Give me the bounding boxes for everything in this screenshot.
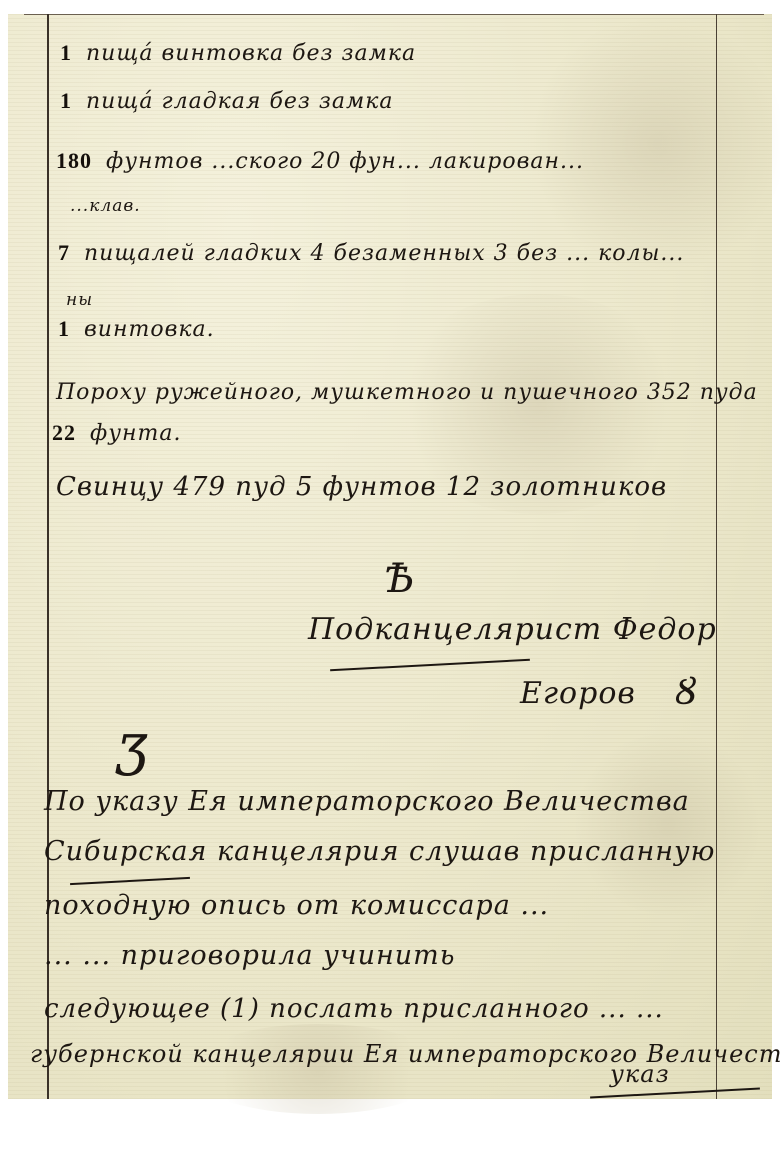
top-rule xyxy=(24,14,764,15)
line-text: фунта. xyxy=(90,421,181,446)
inventory-line: ны xyxy=(66,290,93,310)
line-text: Свинцу 479 пуд 5 фунтов 12 золотников xyxy=(56,472,667,502)
endorsement-line: ... ... приговорила учинить xyxy=(44,940,455,971)
inventory-line: 22фунта. xyxy=(52,420,181,446)
signature-name: Егоров xyxy=(520,676,636,711)
paper-stain xyxy=(528,14,780,274)
inventory-line: Пороху ружейного, мушкетного и пушечного… xyxy=(56,380,758,405)
endorsement-line: Сибирская канцелярия слушав присланную xyxy=(44,836,715,867)
inventory-line: 180фунтов ...ского 20 фун... лакирован..… xyxy=(56,148,584,174)
signature-title: Подканцелярист Федор xyxy=(308,612,717,647)
line-text: ны xyxy=(66,290,93,310)
line-text: пищалей гладких 4 безаменных 3 без ... к… xyxy=(84,241,684,266)
paper-stain xyxy=(188,1024,448,1114)
inventory-line: Свинцу 479 пуд 5 фунтов 12 золотников xyxy=(56,472,667,502)
inventory-line: 1пища́ гладкая без замка xyxy=(60,88,394,114)
line-number: 1 xyxy=(58,316,70,341)
line-text: Пороху ружейного, мушкетного и пушечного… xyxy=(56,380,758,405)
line-number: 1 xyxy=(60,40,72,65)
line-text: ...клав. xyxy=(70,196,141,216)
line-text: винтовка. xyxy=(84,317,215,342)
line-number: 180 xyxy=(56,148,92,173)
line-number: 7 xyxy=(58,240,70,265)
endorsement-closing: указ xyxy=(610,1060,670,1088)
inventory-line: 7пищалей гладких 4 безаменных 3 без ... … xyxy=(58,240,684,266)
left-margin-rule xyxy=(47,14,49,1099)
inventory-line: 1пища́ винтовка без замка xyxy=(60,40,416,66)
section-flourish: Ӡ xyxy=(116,724,148,789)
line-text: пища́ гладкая без замка xyxy=(86,89,394,114)
line-text: фунтов ...ского 20 фун... лакирован... xyxy=(106,149,584,174)
paper-stain xyxy=(568,734,768,914)
line-text: пища́ винтовка без замка xyxy=(86,41,416,66)
right-margin-rule xyxy=(716,14,717,1099)
line-number: 22 xyxy=(52,420,76,445)
signature-end-flourish: Ȣ xyxy=(676,672,697,713)
endorsement-line: По указу Ея императорского Величества xyxy=(44,786,690,817)
line-number: 1 xyxy=(60,88,72,113)
endorsement-line: следующее (1) послать присланного ... ..… xyxy=(44,994,664,1024)
inventory-line: ...клав. xyxy=(70,196,141,216)
endorsement-line: походную опись от комиссара ... xyxy=(44,890,549,921)
signature-flourish: Ѣ xyxy=(384,556,414,602)
inventory-line: 1винтовка. xyxy=(58,316,215,342)
